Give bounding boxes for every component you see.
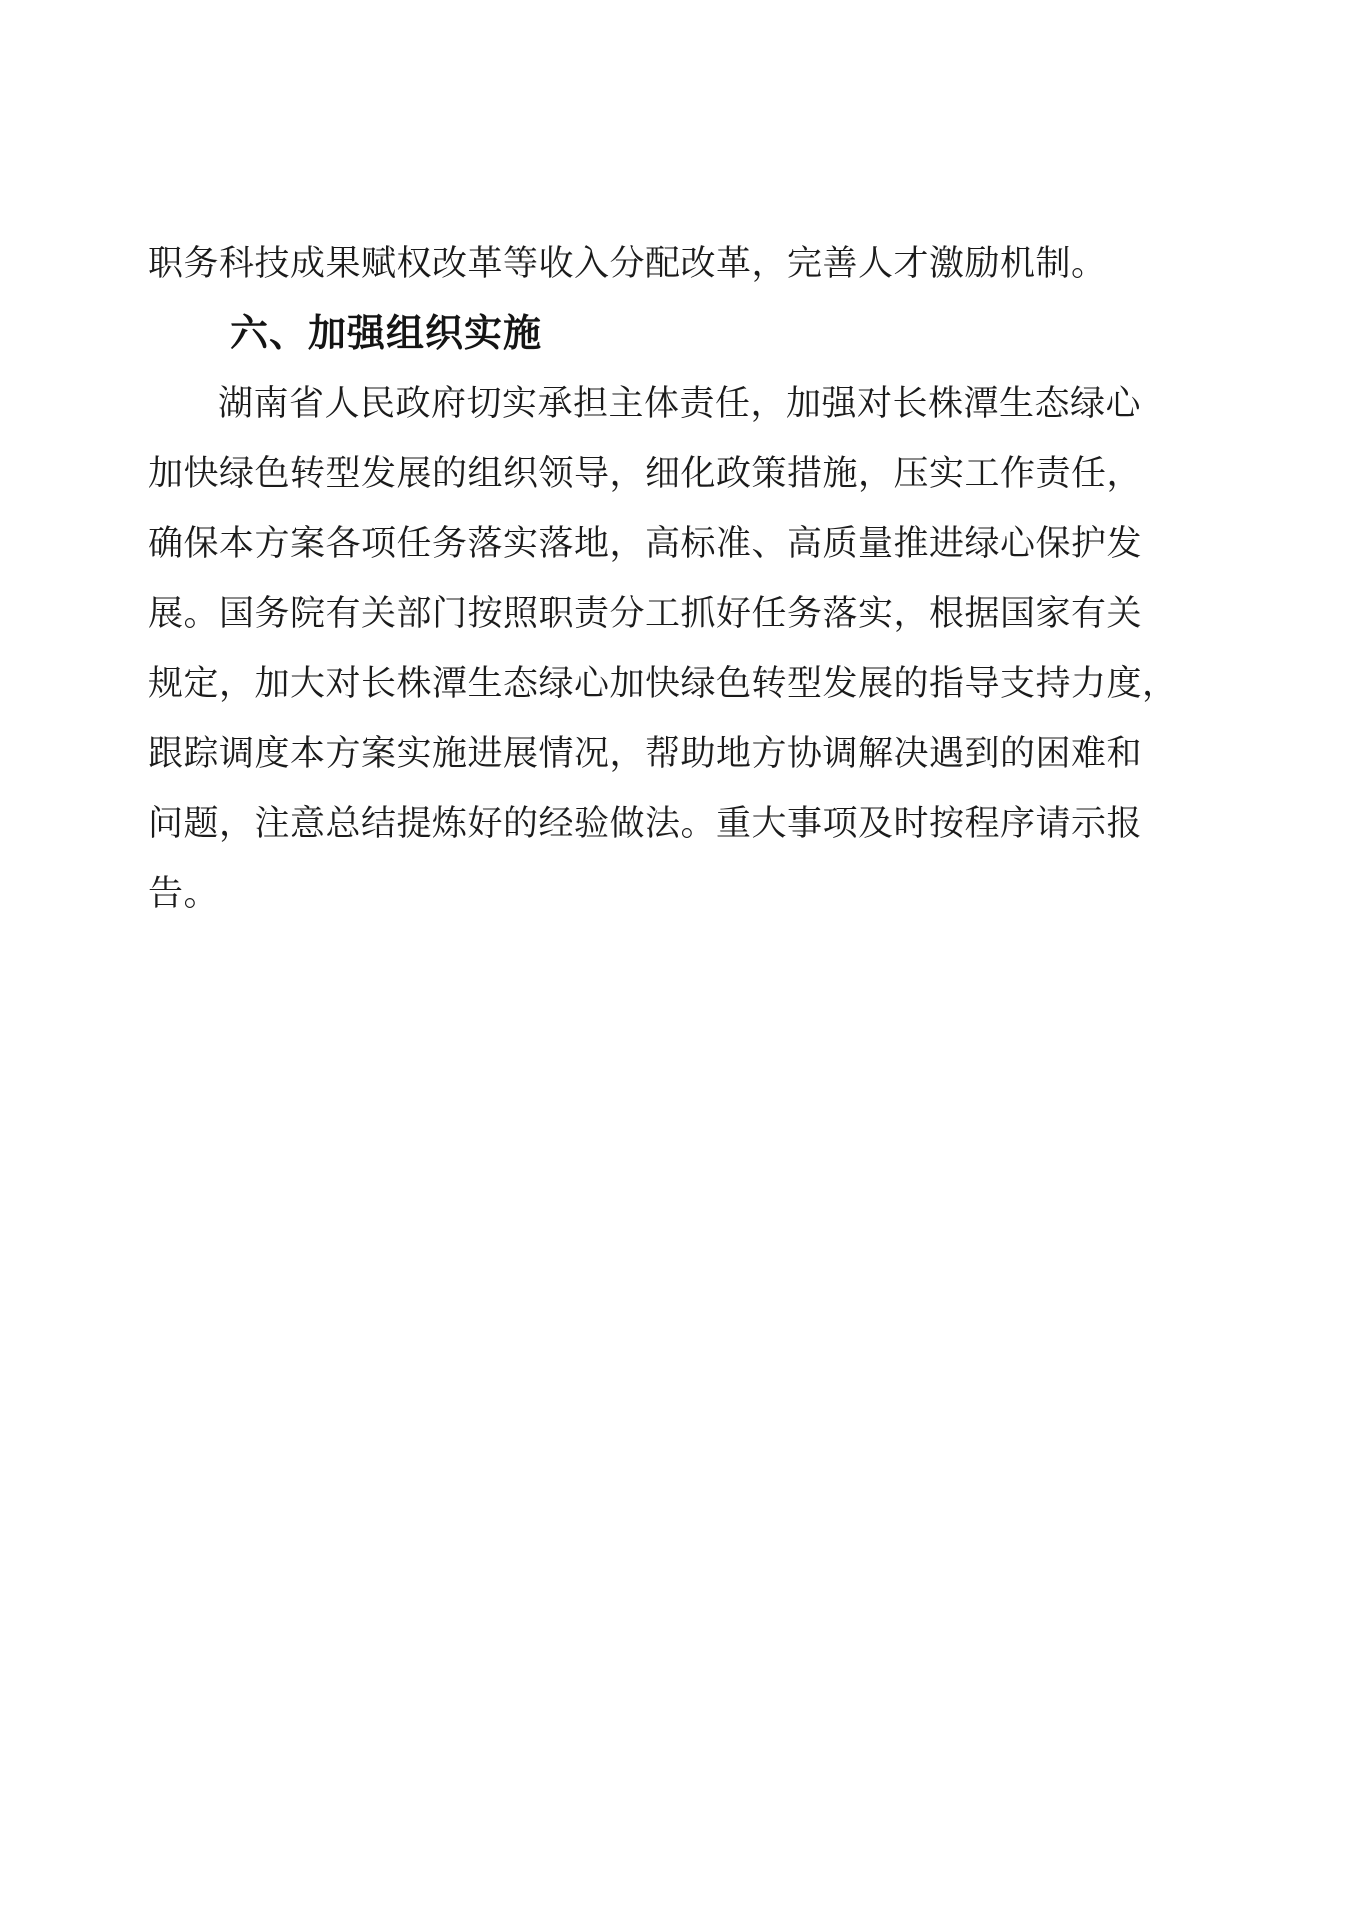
paragraph-line: 确保本方案各项任务落实落地，高标准、高质量推进绿心保护发 xyxy=(148,509,1223,579)
paragraph-line: 展。国务院有关部门按照职责分工抓好任务落实，根据国家有关 xyxy=(148,579,1223,649)
paragraph-line: 规定，加大对长株潭生态绿心加快绿色转型发展的指导支持力度， xyxy=(148,649,1223,719)
paragraph-line: 问题，注意总结提炼好的经验做法。重大事项及时按程序请示报 xyxy=(148,789,1223,859)
paragraph-first-line: 湖南省人民政府切实承担主体责任，加强对长株潭生态绿心 xyxy=(148,369,1223,439)
paragraph-continuation-line: 职务科技成果赋权改革等收入分配改革，完善人才激励机制。 xyxy=(148,229,1223,299)
section-heading: 六、加强组织实施 xyxy=(148,299,1223,369)
paragraph-last-line: 告。 xyxy=(148,859,1223,929)
paragraph-line: 加快绿色转型发展的组织领导，细化政策措施，压实工作责任， xyxy=(148,439,1223,509)
document-page: 职务科技成果赋权改革等收入分配改革，完善人才激励机制。 六、加强组织实施 湖南省… xyxy=(0,0,1357,1920)
paragraph-line: 跟踪调度本方案实施进展情况，帮助地方协调解决遇到的困难和 xyxy=(148,719,1223,789)
document-text-block: 职务科技成果赋权改革等收入分配改革，完善人才激励机制。 六、加强组织实施 湖南省… xyxy=(148,229,1223,929)
